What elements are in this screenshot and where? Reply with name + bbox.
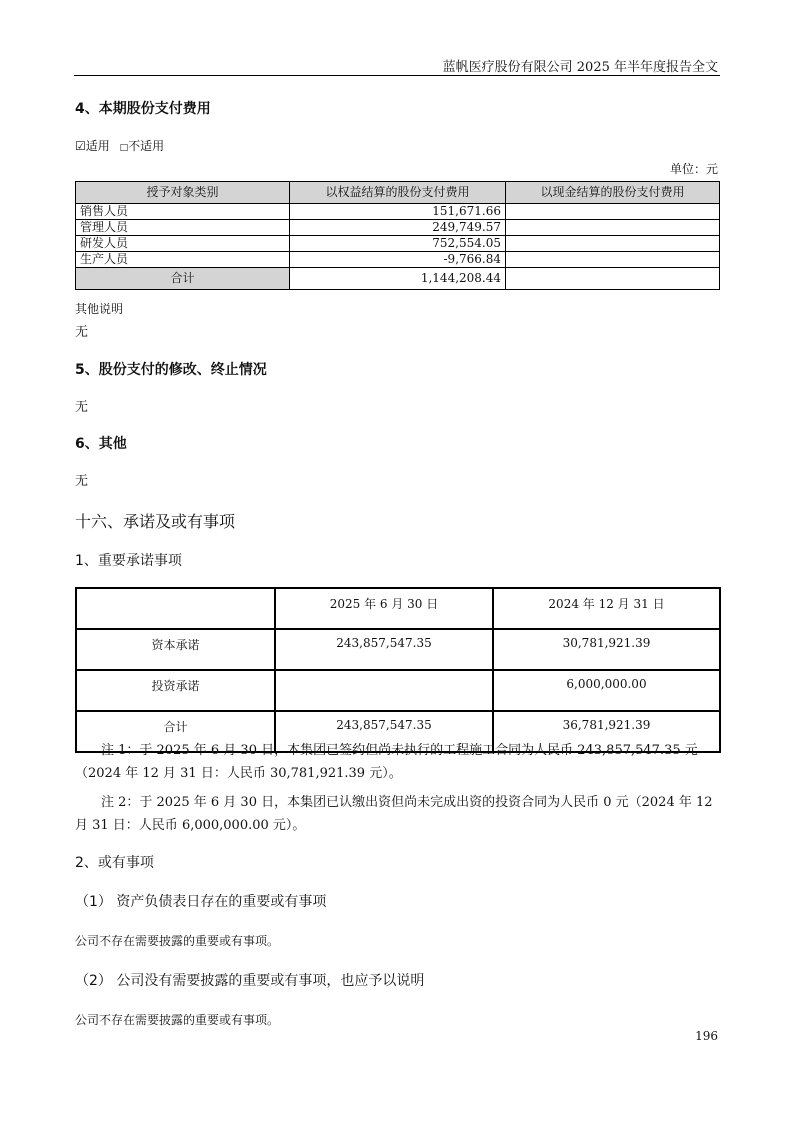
header-divider [74,75,720,76]
current-period-cell: 243,857,547.35 [275,629,493,670]
table-row: 销售人员 151,671.66 [76,204,720,220]
column-header: 以现金结算的股份支付费用 [506,182,720,204]
contingency-item-1-text: 公司不存在需要披露的重要或有事项。 [75,932,279,949]
cash-cell [506,236,720,252]
section-5-value: 无 [75,396,88,415]
share-payment-expense-table: 授予对象类别 以权益结算的股份支付费用 以现金结算的股份支付费用 销售人员 15… [75,181,720,290]
contingency-item-2-heading: （2） 公司没有需要披露的重要或有事项，也应予以说明 [75,970,424,990]
contingency-item-1-heading: （1） 资产负债表日存在的重要或有事项 [75,891,326,911]
table-row: 资本承诺 243,857,547.35 30,781,921.39 [76,629,720,670]
chapter-16-heading: 十六、承诺及或有事项 [75,509,235,532]
cash-cell [506,220,720,236]
table-header-row: 2025 年 6 月 30 日 2024 年 12 月 31 日 [76,588,720,629]
prior-period-cell: 6,000,000.00 [493,670,720,711]
not-applicable-label: 不适用 [128,139,164,153]
column-header: 2025 年 6 月 30 日 [275,588,493,629]
column-header: 2024 年 12 月 31 日 [493,588,720,629]
total-label-cell: 合计 [76,268,290,290]
report-header-title: 蓝帆医疗股份有限公司 2025 年半年度报告全文 [443,56,718,75]
other-notes-label: 其他说明 [75,300,123,317]
section-4-heading: 4、本期股份支付费用 [75,98,211,118]
page-number: 196 [695,1029,718,1043]
applicable-label: 适用 [86,139,110,153]
table-row: 研发人员 752,554.05 [76,236,720,252]
contingency-item-2-text: 公司不存在需要披露的重要或有事项。 [75,1011,279,1028]
total-equity-cell: 1,144,208.44 [290,268,506,290]
section-5-heading: 5、股份支付的修改、终止情况 [75,359,267,379]
prior-period-cell: 30,781,921.39 [493,629,720,670]
cash-cell [506,204,720,220]
section-6-value: 无 [75,470,88,489]
column-header: 授予对象类别 [76,182,290,204]
commitments-table: 2025 年 6 月 30 日 2024 年 12 月 31 日 资本承诺 24… [75,587,721,753]
table-total-row: 合计 1,144,208.44 [76,268,720,290]
commitment-notes: 注 1：于 2025 年 6 月 30 日，本集团已签约但尚未执行的工程施工合同… [75,739,720,843]
equity-cell: 752,554.05 [290,236,506,252]
cash-cell [506,252,720,268]
other-notes-value: 无 [75,321,88,340]
section-6-heading: 6、其他 [75,433,127,453]
contingencies-heading: 2、或有事项 [75,852,154,872]
table-row: 管理人员 249,749.57 [76,220,720,236]
category-cell: 管理人员 [76,220,290,236]
unit-label: 单位：元 [670,160,718,177]
applicability-selector: ☑适用 □不适用 [75,137,164,154]
note-2: 注 2：于 2025 年 6 月 30 日，本集团已认缴出资但尚未完成出资的投资… [75,791,720,837]
current-period-cell [275,670,493,711]
note-1: 注 1：于 2025 年 6 月 30 日，本集团已签约但尚未执行的工程施工合同… [75,739,720,785]
table-header-row: 授予对象类别 以权益结算的股份支付费用 以现金结算的股份支付费用 [76,182,720,204]
column-header [76,588,275,629]
item-cell: 资本承诺 [76,629,275,670]
item-cell: 投资承诺 [76,670,275,711]
category-cell: 销售人员 [76,204,290,220]
category-cell: 研发人员 [76,236,290,252]
checkbox-unchecked-icon: □ [120,143,129,153]
equity-cell: 249,749.57 [290,220,506,236]
equity-cell: 151,671.66 [290,204,506,220]
column-header: 以权益结算的股份支付费用 [290,182,506,204]
table-row: 投资承诺 6,000,000.00 [76,670,720,711]
equity-cell: -9,766.84 [290,252,506,268]
category-cell: 生产人员 [76,252,290,268]
commitments-heading: 1、重要承诺事项 [75,550,182,570]
checkbox-checked-icon: ☑ [75,139,86,153]
total-cash-cell [506,268,720,290]
table-row: 生产人员 -9,766.84 [76,252,720,268]
